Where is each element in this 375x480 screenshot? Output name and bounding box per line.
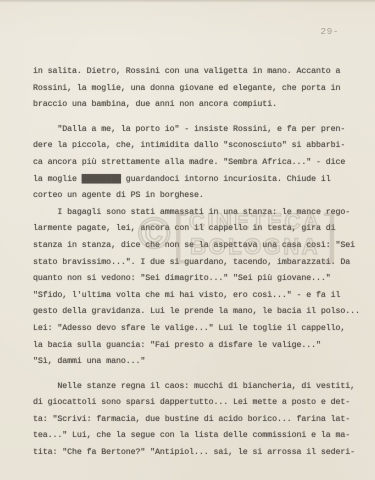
text-line: dere la piccola, che, intimidita dallo "… <box>33 138 353 155</box>
text-line: la bacia sulla guancia: "Fai presto a di… <box>33 338 353 355</box>
text-line: I bagagli sono stati ammassati in una st… <box>33 205 353 222</box>
scanned-typescript-page: 29- in salita. Dietro, Rossini con una v… <box>0 0 375 480</box>
page-number: 29- <box>320 26 339 37</box>
text-line: tita: "Che fa Bertone?" "Antipiol... sai… <box>33 445 353 462</box>
text-line: di giocattoli sono sparsi dappertutto...… <box>33 395 353 412</box>
text-line: ta: "Scrivi: farmacia, due bustine di ac… <box>33 412 353 429</box>
text-line: tea..." Lui, che la segue con la lista d… <box>33 428 353 445</box>
text-line: quanto non si vedono: "Sei dimagrito..."… <box>33 271 353 288</box>
text-line: "Sì, dammi una mano..." <box>33 354 353 371</box>
text-line-with-strikeout: la moglie ████████ guardandoci intorno i… <box>33 172 353 189</box>
text-line: stato bravissimo...". I due si guardano,… <box>33 255 353 272</box>
text-line: corteo un agente di PS in borghese. <box>33 188 353 205</box>
document-text: in salita. Dietro, Rossini con una valig… <box>33 64 353 462</box>
text-line: Lei: "Adesso devo sfare le valige..." Lu… <box>33 321 353 338</box>
text-line: larmente pagate, lei, ancora con il capp… <box>33 221 353 238</box>
text-line: ca ancora più strettamente alla madre. "… <box>33 155 353 172</box>
text-line: braccio una bambina, due anni non ancora… <box>33 97 353 114</box>
text-line: gesto della gravidanza. Lui le prende la… <box>33 304 353 321</box>
text-line: Rossini, la moglie, una donna giovane ed… <box>33 81 353 98</box>
text-line: "Sfido, l'ultima volta che mi hai visto,… <box>33 288 353 305</box>
text-line: stanza in stanza, dice che non se la asp… <box>33 238 353 255</box>
text-line: Nelle stanze regna il caos: mucchi di bi… <box>33 379 353 396</box>
text-line: in salita. Dietro, Rossini con una valig… <box>33 64 353 81</box>
text-line: "Dalla a me, la porto io" - insiste Ross… <box>33 122 353 139</box>
